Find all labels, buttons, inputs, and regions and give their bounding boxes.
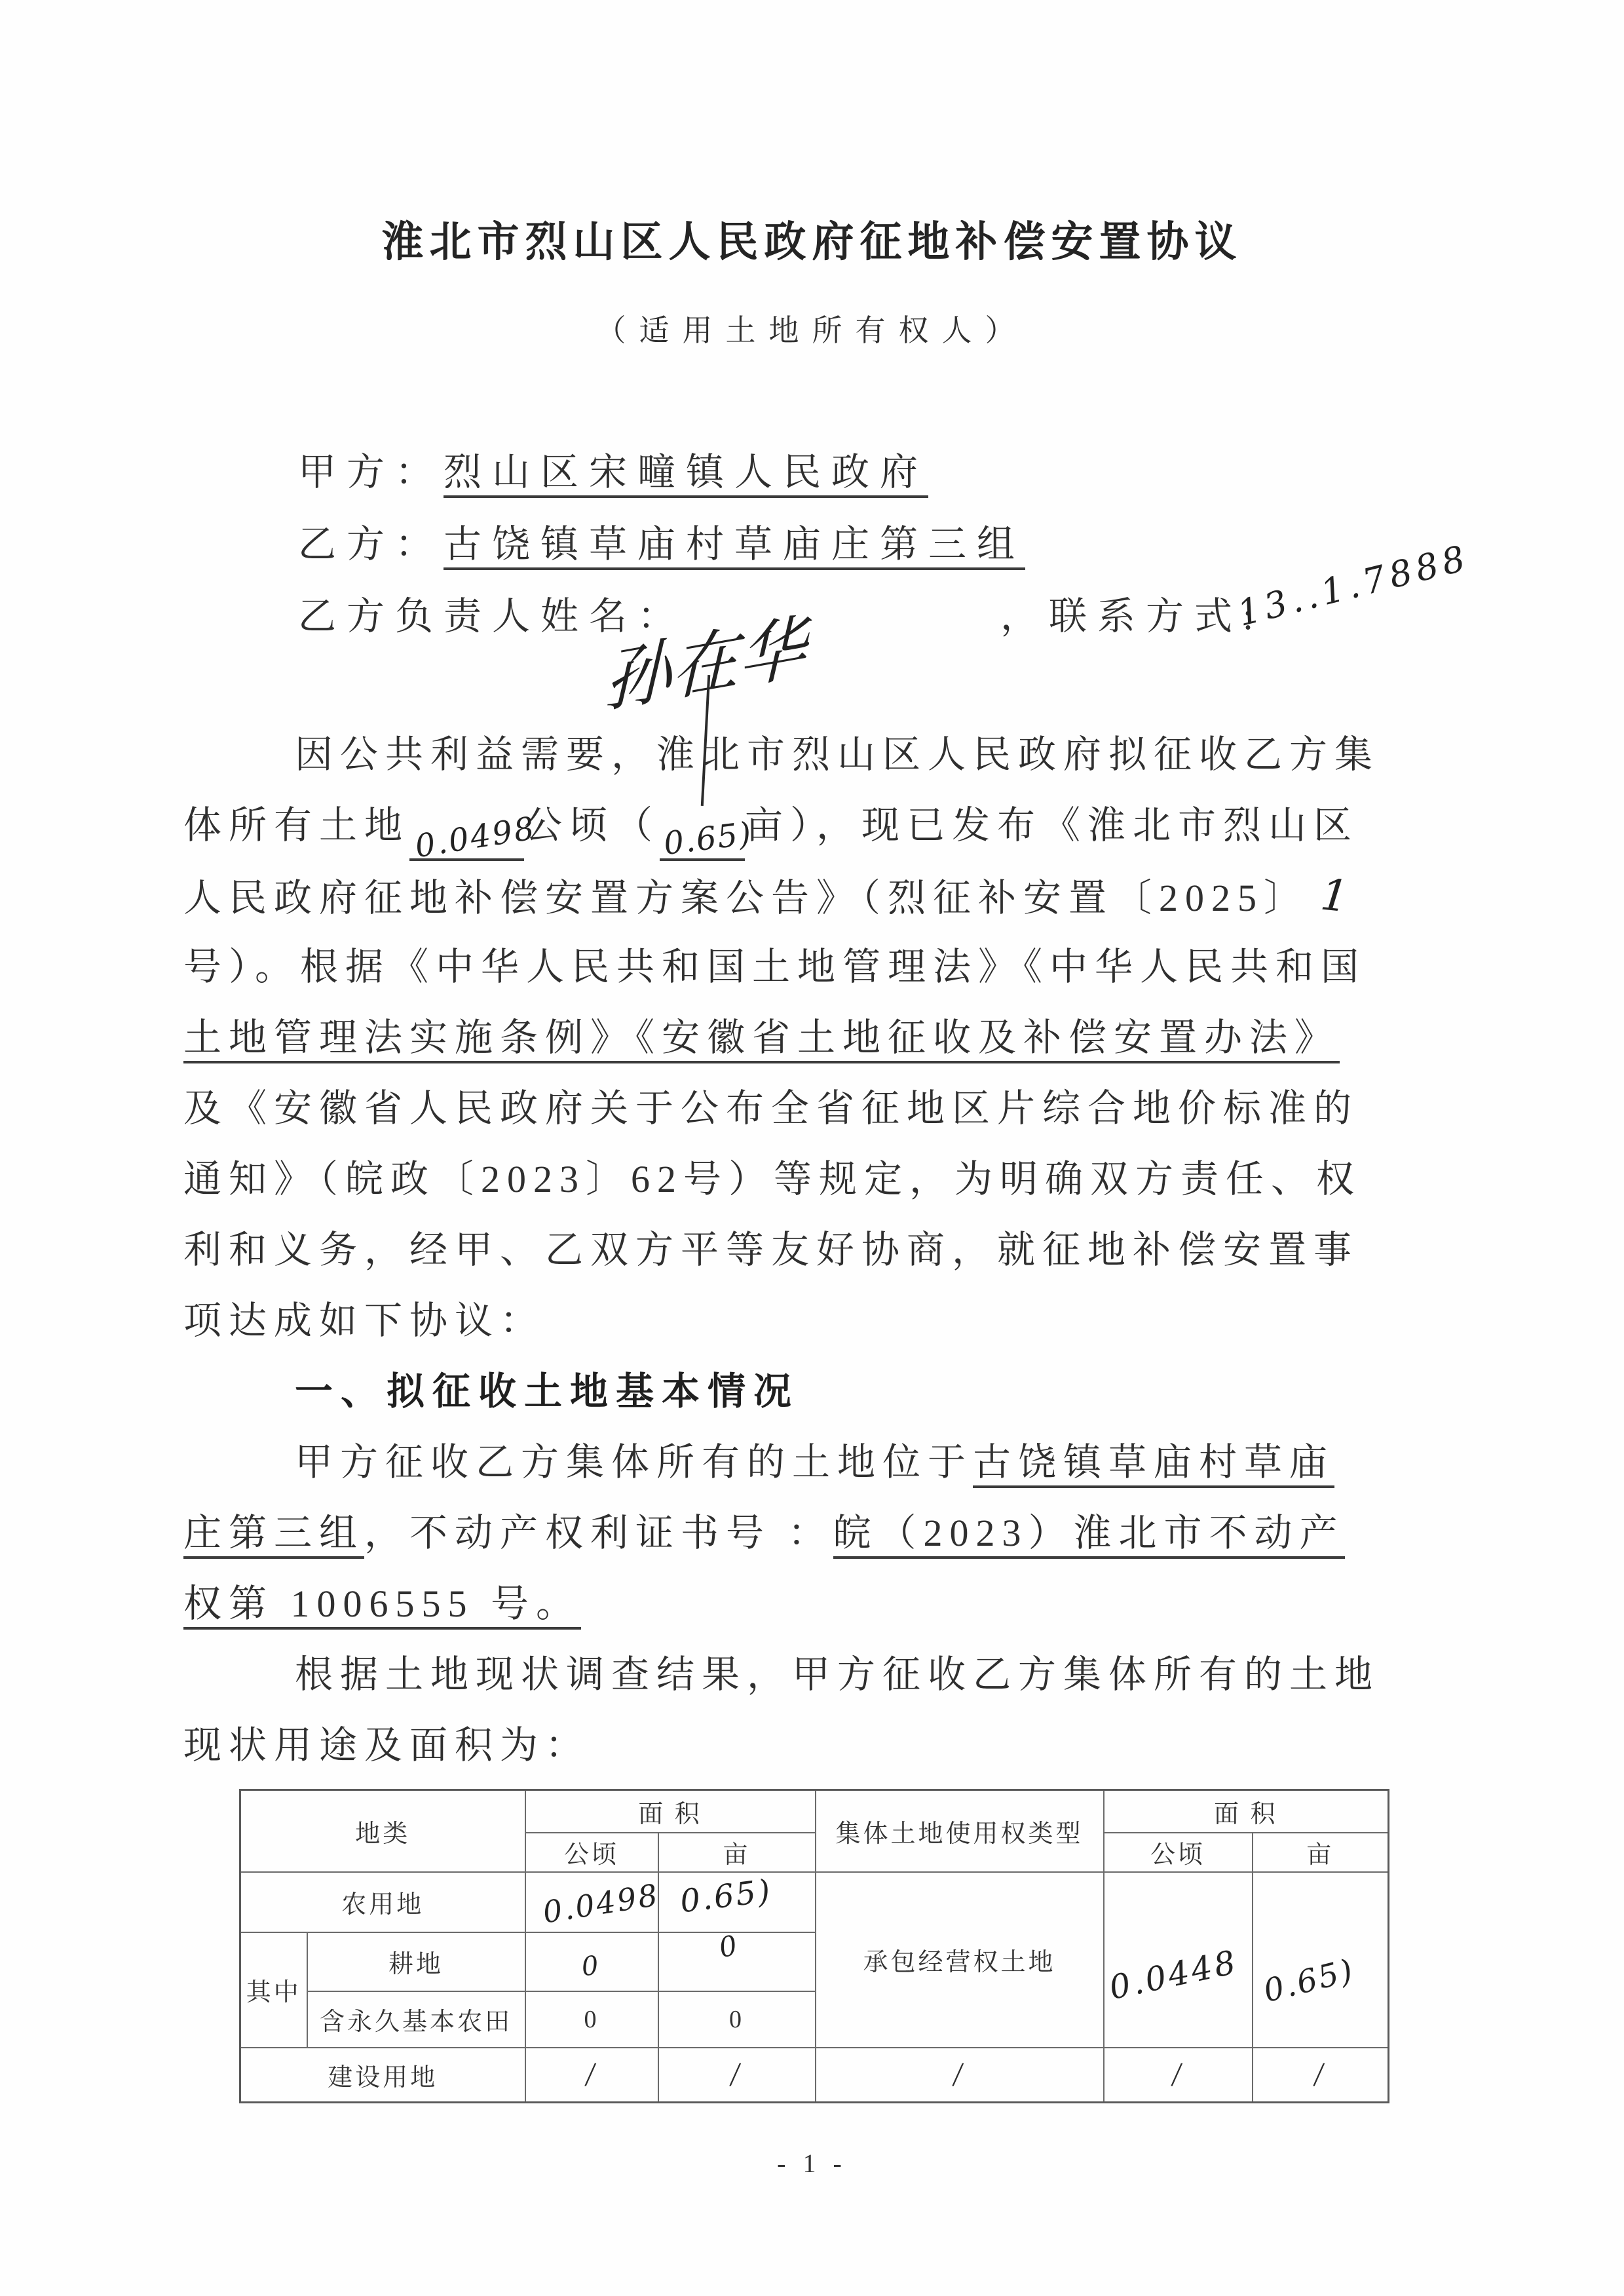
cell-construction-type: / [816,2048,1104,2103]
slash-mark: / [728,2056,745,2094]
party-a-label: 甲方： [298,451,444,493]
doc-number-handwriting: 1 [1317,860,1359,934]
s1-line1-underlined: 古饶镇草庙村草庙 [973,1441,1334,1488]
row-cultivated-label: 耕地 [307,1932,525,1991]
cell-cultivated-mu [658,1932,816,1991]
cell-permanent-mu: 0 [658,1991,816,2048]
document-title: 淮北市烈山区人民政府征地补偿安置协议 [382,218,1243,265]
p1-line9: 项达成如下协议： [183,1286,1408,1356]
cell-construction-hectare: / [525,2048,658,2103]
s1-line2-underlined2: 皖（2023）淮北市不动产 [833,1512,1345,1559]
s1-line3: 权第 1006555 号。 [183,1569,1408,1639]
hectare-blank: 0.0498 [409,813,524,861]
th-hectare-right: 公顷 [1104,1833,1253,1872]
s1-line2-mid: ，不动产权利证书号 ： [364,1512,833,1554]
p1-line6: 及《安徽省人民政府关于公布全省征地区片综合地价标准的 [183,1073,1408,1144]
mu-value-handwriting: 0.65) [660,798,757,879]
p1-line2-mid: 公顷（ [524,804,660,847]
party-b-line: 乙方：古饶镇草庙村草庙庄第三组 [298,508,1264,581]
row-agricultural-label: 农用地 [240,1872,525,1932]
cell-construction-mu: / [658,2048,816,2103]
p1-line2-suffix: 亩），现已发布《淮北市烈山区 [745,804,1359,847]
row-permanent-label: 含永久基本农田 [307,1991,525,2048]
document-subtitle: （适用土地所有权人） [596,314,1029,347]
contact-label: ，联系方式: [1000,595,1264,638]
cultivated-hectare-handwriting: 0 [580,1951,600,1982]
row-among-label: 其中 [240,1932,307,2048]
p1-line3-text: 人民政府征地补偿安置方案公告》（烈征补安置〔2025〕 [183,877,1309,919]
cell-construction-right-mu: / [1253,2048,1389,2103]
th-mu-left: 亩 [658,1833,816,1872]
p1-line4: 号）。根据《中华人民共和国土地管理法》《中华人民共和国 [183,932,1408,1003]
party-a-value: 烈山区宋疃镇人民政府 [444,451,928,498]
party-b-value: 古饶镇草庙村草庙庄第三组 [444,523,1025,570]
th-hectare-left: 公顷 [525,1833,658,1872]
page-number: - 1 - [777,2149,847,2178]
s1-line1: 甲方征收乙方集体所有的土地位于古饶镇草庙村草庙 [183,1427,1408,1498]
p1-line2-prefix: 体所有土地 [183,804,409,847]
th-area-left: 面 积 [525,1790,816,1833]
s1-line4: 根据土地现状调查结果，甲方征收乙方集体所有的土地 [183,1639,1408,1710]
s1-line1-prefix: 甲方征收乙方集体所有的土地位于 [295,1441,973,1483]
s1-line2: 庄第三组，不动产权利证书号 ：皖（2023）淮北市不动产 [183,1498,1408,1569]
th-area-right: 面 积 [1104,1790,1389,1833]
p1-line3: 人民政府征地补偿安置方案公告》（烈征补安置〔2025〕1 [183,861,1408,932]
cell-use-right-value: 承包经营权土地 [816,1872,1104,2048]
row-construction-label: 建设用地 [240,2048,525,2103]
document-subtitle-row: （适用土地所有权人） [0,307,1624,350]
p1-line7: 通知》（皖政〔2023〕62号）等规定，为明确双方责任、权 [183,1144,1408,1215]
p1-line8: 利和义务，经甲、乙双方平等友好协商，就征地补偿安置事 [183,1215,1408,1286]
s1-line5: 现状用途及面积为： [183,1710,1408,1781]
th-use-right-type: 集体土地使用权类型 [816,1790,1104,1872]
slash-mark: / [1312,2056,1329,2094]
cell-permanent-hectare: 0 [525,1991,658,2048]
contact-phone-handwriting: 13..1.7888 [1234,537,1473,634]
p1-line5-underlined: 土地管理法实施条例》《安徽省土地征收及补偿安置办法》 [183,1016,1340,1063]
p1-line2: 体所有土地0.0498公顷（0.65)亩），现已发布《淮北市烈山区 [183,790,1408,861]
body-text-block: 因公共利益需要，淮北市烈山区人民政府拟征收乙方集 体所有土地0.0498公顷（0… [183,719,1408,1781]
slash-mark: / [584,2056,600,2094]
mu-blank: 0.65) [660,813,745,861]
cell-construction-right-hectare: / [1104,2048,1253,2103]
s1-line3-underlined: 权第 1006555 号。 [183,1582,581,1630]
document-title-row: 淮北市烈山区人民政府征地补偿安置协议 [0,208,1624,269]
p1-line1: 因公共利益需要，淮北市烈山区人民政府拟征收乙方集 [183,719,1408,790]
th-land-type: 地类 [240,1790,525,1872]
section1-heading: 一、拟征收土地基本情况 [183,1356,1408,1427]
slash-mark: / [951,2056,968,2094]
party-b-label: 乙方： [298,523,444,565]
document-page: 淮北市烈山区人民政府征地补偿安置协议 （适用土地所有权人） 甲方：烈山区宋疃镇人… [0,0,1624,2296]
footer-row: - 1 - [0,2148,1624,2179]
th-mu-right: 亩 [1253,1833,1389,1872]
slash-mark: / [1170,2056,1186,2094]
party-a-line: 甲方：烈山区宋疃镇人民政府 [298,436,1264,508]
p1-line5: 土地管理法实施条例》《安徽省土地征收及补偿安置办法》 [183,1003,1408,1073]
s1-line2-underlined1: 庄第三组 [183,1512,364,1559]
